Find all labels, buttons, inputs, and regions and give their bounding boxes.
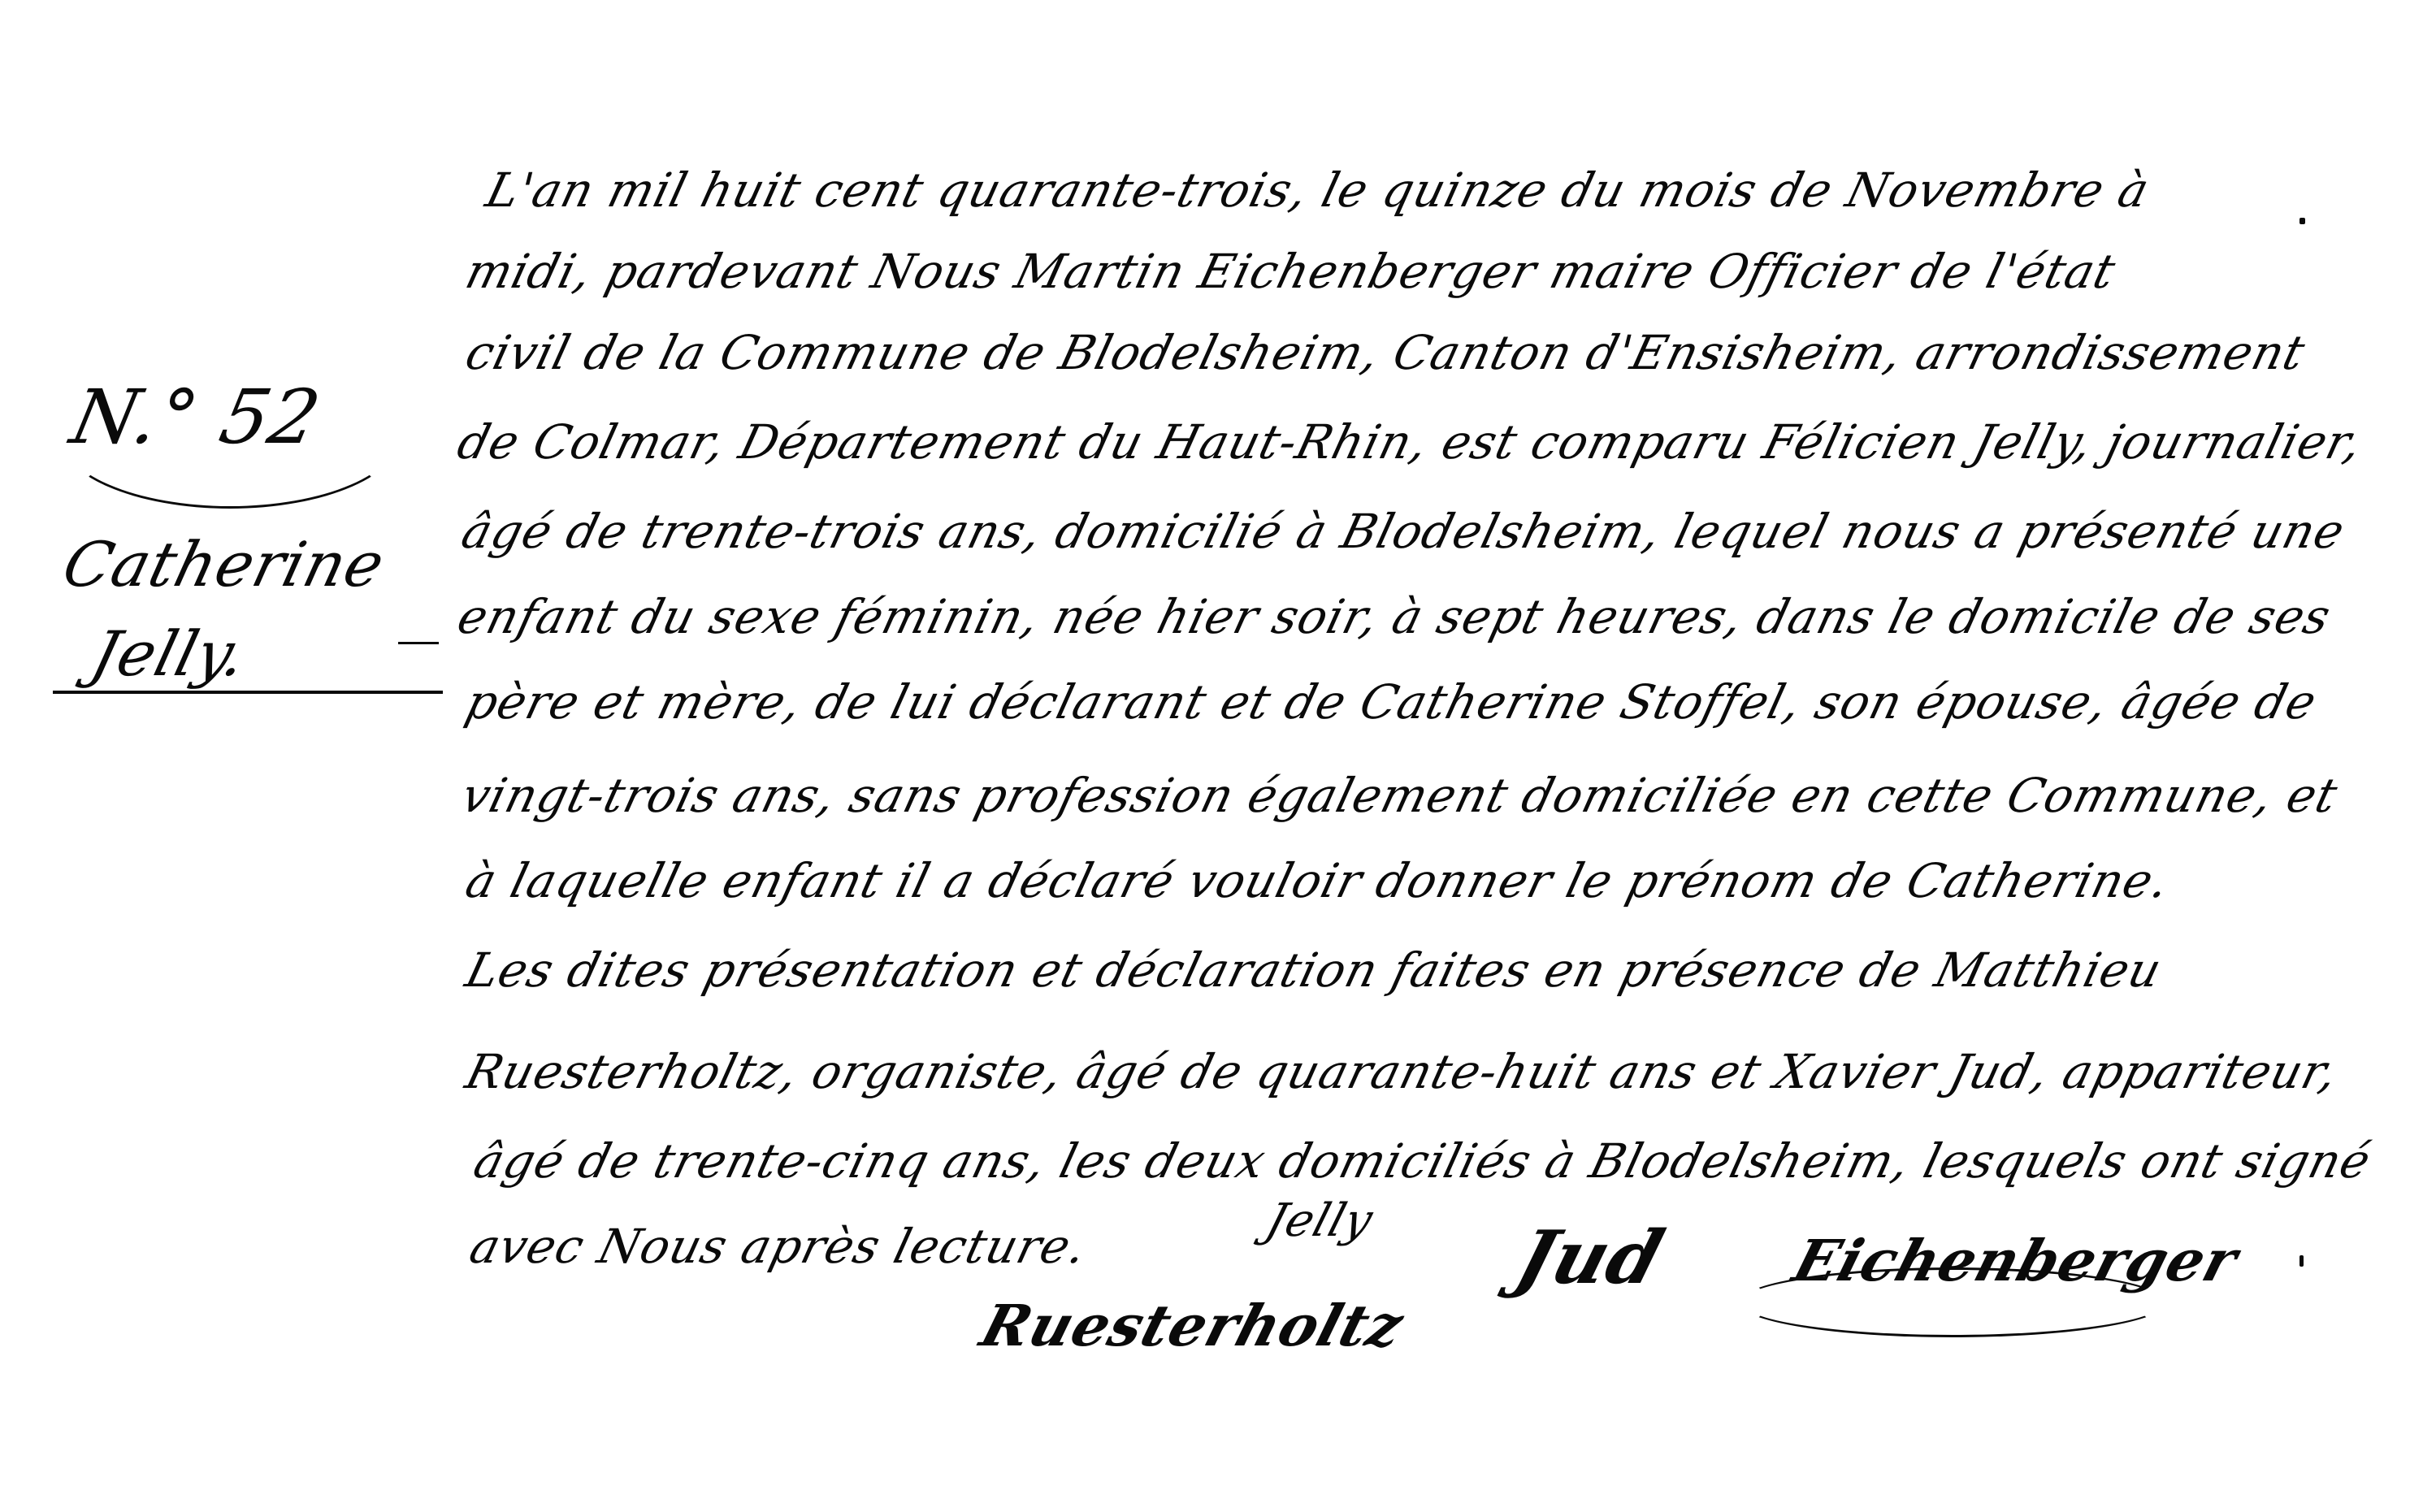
margin-child-last-name: Jelly. [85, 617, 254, 690]
margin-underline [53, 691, 443, 694]
margin-mark [2299, 1255, 2304, 1267]
record-line-5: âgé de trente-trois ans, domicilié à Blo… [457, 504, 2351, 559]
signature-ruesterholtz: Ruesterholtz [973, 1292, 1411, 1359]
margin-child-first-name: Catherine [56, 528, 392, 600]
record-line-8: vingt-trois ans, sans profession égaleme… [457, 768, 2343, 823]
record-line-2: midi, pardevant Nous Martin Eichenberger… [461, 244, 2122, 299]
record-line-1: L'an mil huit cent quarante-trois, le qu… [481, 162, 2156, 218]
signature-jud: Jud [1507, 1215, 1673, 1301]
signature-jelly: Jelly [1260, 1194, 1380, 1247]
record-line-12: âgé de trente-cinq ans, les deux domicil… [469, 1133, 2377, 1189]
margin-dash [398, 642, 439, 644]
record-line-10: Les dites présentation et déclaration fa… [461, 942, 2168, 998]
record-line-7: père et mère, de lui déclarant et de Cat… [461, 674, 2323, 730]
signature-flourish [1739, 1267, 2166, 1337]
record-line-3: civil de la Commune de Blodelsheim, Cant… [461, 325, 2311, 380]
margin-mark [2299, 218, 2305, 224]
record-line-4: de Colmar, Département du Haut-Rhin, est… [453, 414, 2369, 470]
margin-flourish-arc [57, 357, 403, 509]
record-line-6: enfant du sexe féminin, née hier soir, à… [453, 589, 2337, 644]
document-page: N.° 52 Catherine Jelly. L'an mil huit ce… [0, 0, 2410, 1512]
record-line-13: avec Nous après lecture. [465, 1219, 1093, 1274]
record-line-11: Ruesterholtz, organiste, âgé de quarante… [461, 1044, 2344, 1099]
record-line-9: à laquelle enfant il a déclaré vouloir d… [461, 853, 2176, 908]
